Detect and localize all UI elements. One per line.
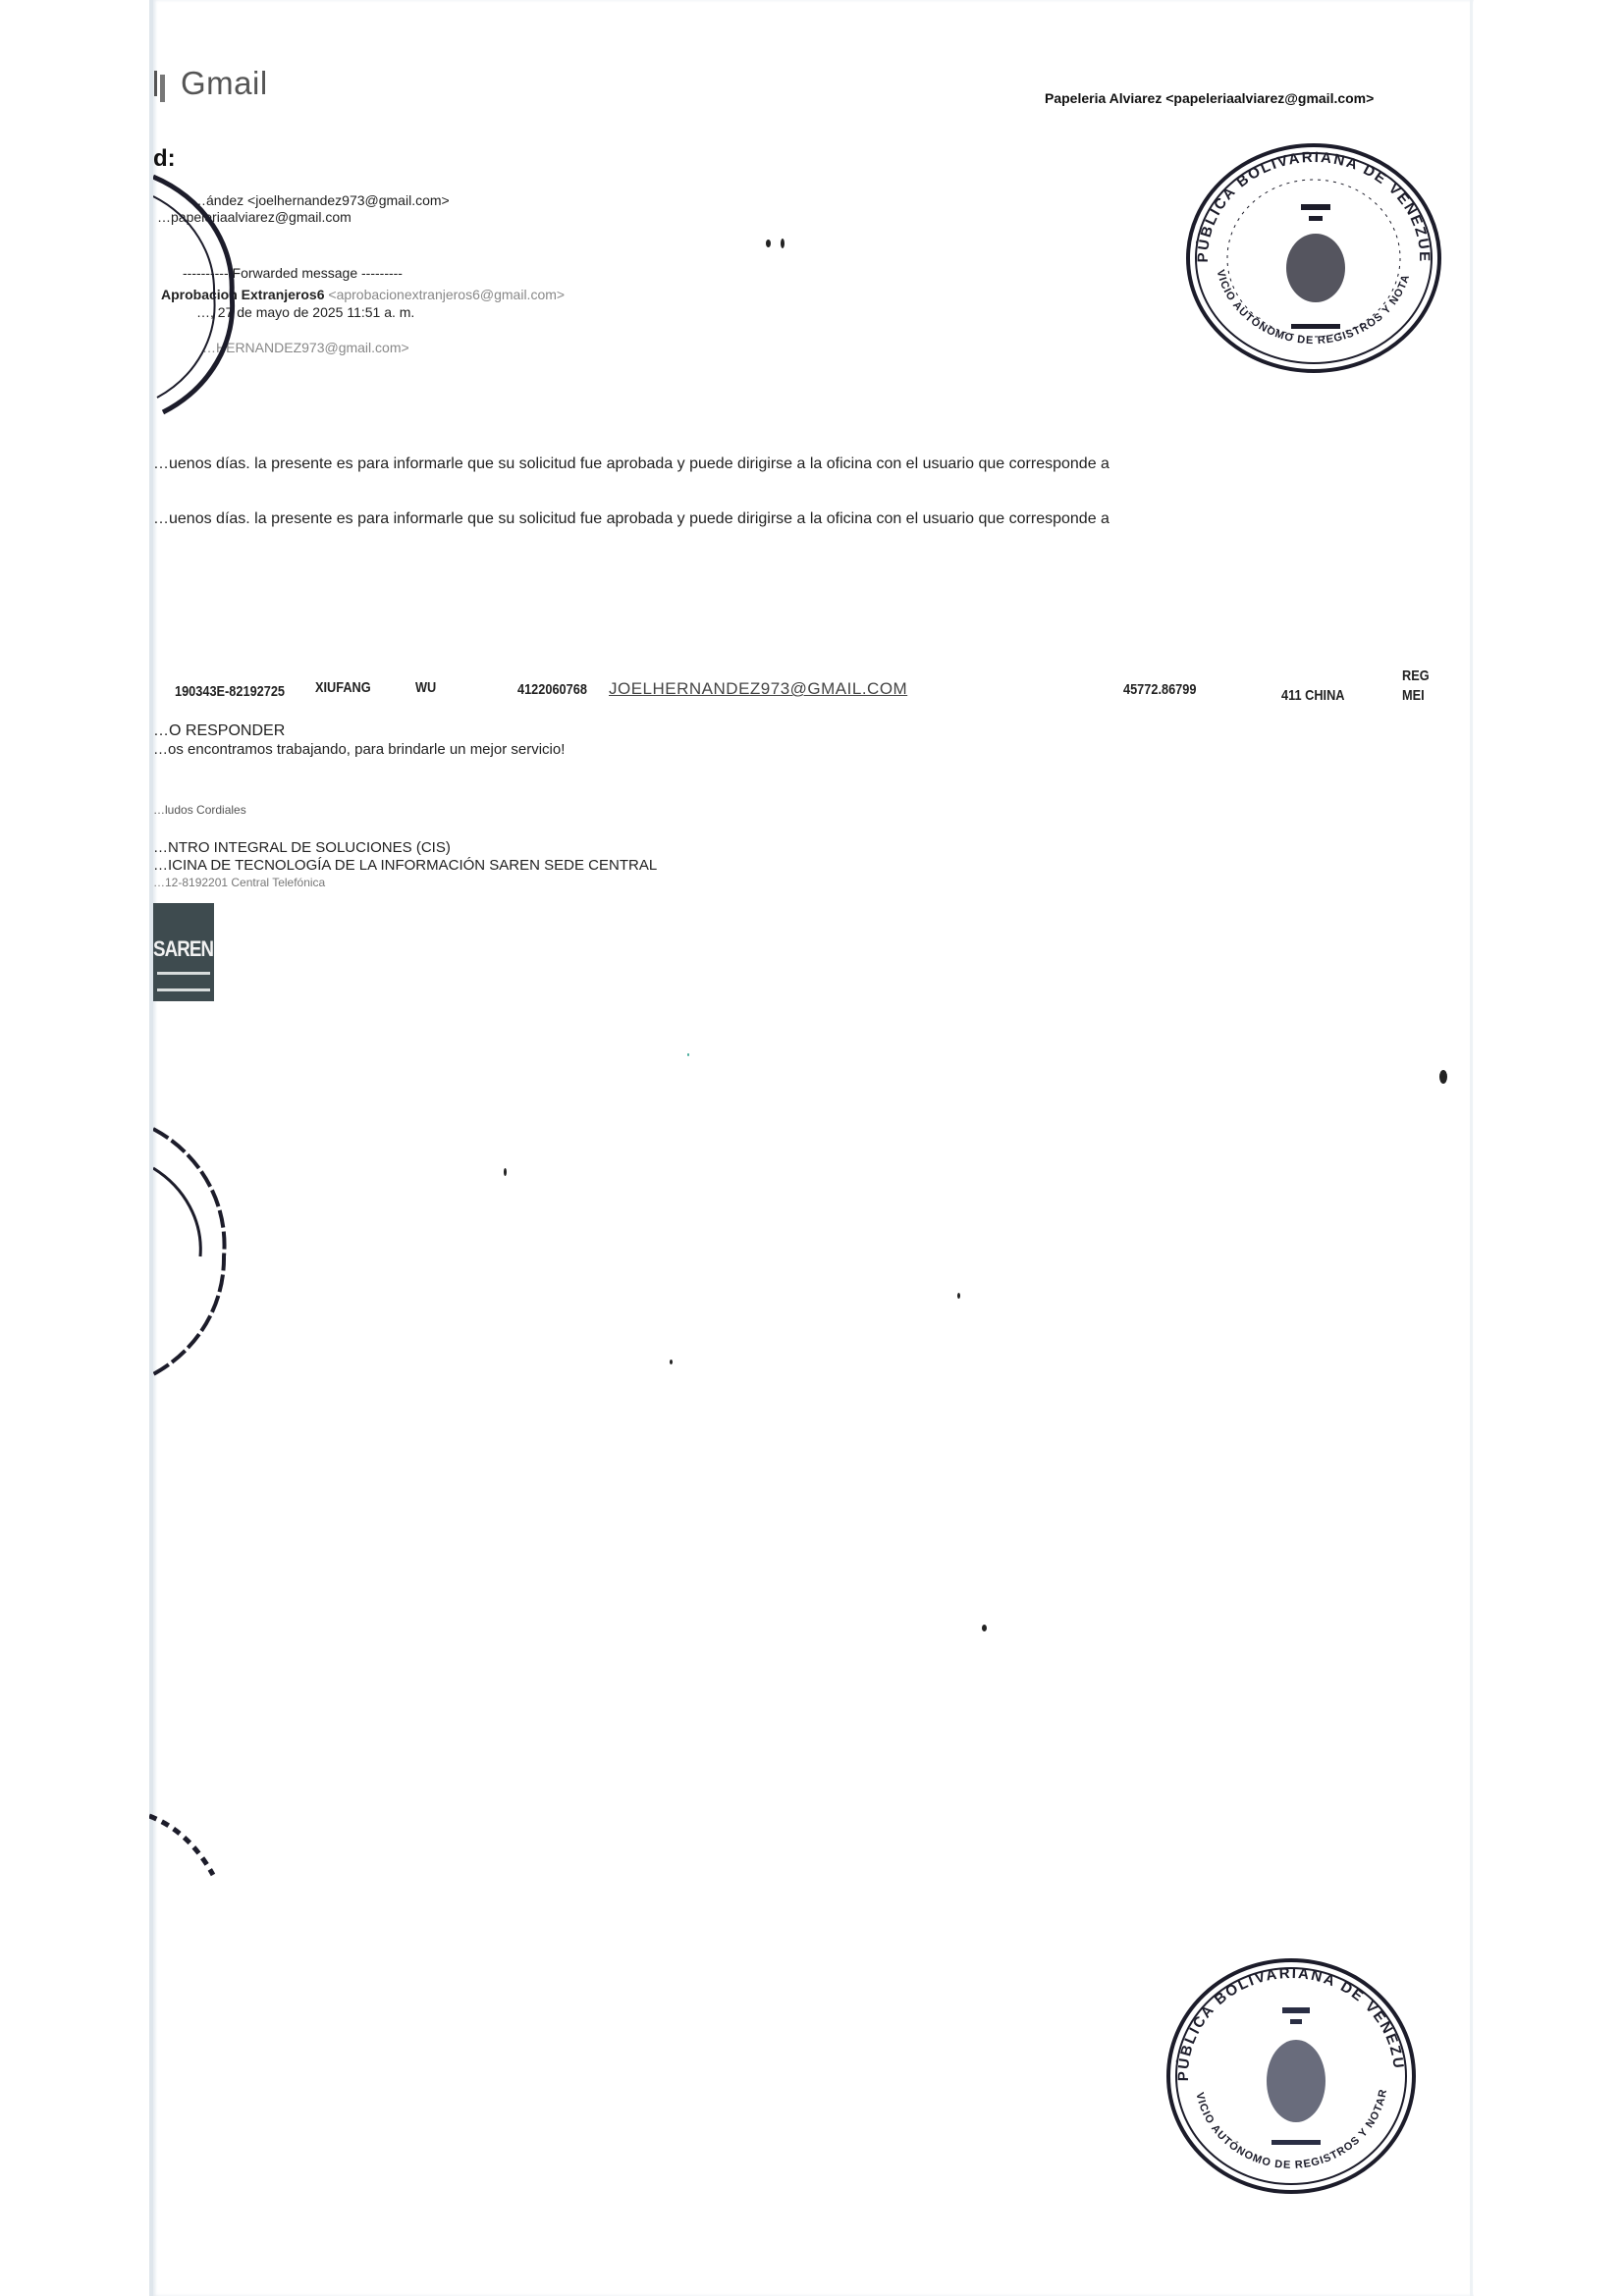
scan-speck (1439, 1070, 1447, 1084)
record-extra-bottom: MEI (1402, 687, 1425, 704)
record-email-link[interactable]: JOELHERNANDEZ973@GMAIL.COM (609, 679, 907, 699)
signature-org-line2: …ICINA DE TECNOLOGÍA DE LA INFORMACIÓN S… (153, 857, 657, 874)
scan-speck (504, 1168, 507, 1176)
forwarded-from-email: <aprobacionextranjeros6@gmail.com> (328, 287, 565, 302)
partial-stamp-left-bottom (149, 1811, 228, 1899)
app-name: Gmail (181, 65, 268, 102)
record-id: 190343E-82192725 (175, 683, 285, 700)
page-edge (1470, 0, 1473, 2296)
signature-phone: …12-8192201 Central Telefónica (153, 876, 325, 889)
body-line-1: …uenos días. la presente es para informa… (153, 455, 1109, 473)
saren-logo: SAREN (153, 903, 214, 1001)
partial-stamp-left-top (153, 167, 242, 422)
account-email: Papeleria Alviarez <papeleriaalviarez@gm… (1045, 90, 1374, 106)
notice-text: …os encontramos trabajando, para brindar… (153, 741, 565, 758)
record-country: 411 CHINA (1281, 687, 1344, 704)
scan-speck (982, 1625, 987, 1631)
record-phone: 4122060768 (517, 681, 587, 698)
notice-title: …O RESPONDER (153, 722, 285, 740)
body-line-2: …uenos días. la presente es para informa… (153, 510, 1109, 528)
signature-org-line1: …NTRO INTEGRAL DE SOLUCIONES (CIS) (153, 839, 451, 856)
partial-stamp-left-middle (153, 1119, 242, 1384)
record-number: 45772.86799 (1123, 681, 1196, 698)
scan-speck (766, 240, 771, 247)
record-first-name: XIUFANG (315, 679, 371, 696)
scan-speck (670, 1360, 673, 1364)
scan-speck (957, 1293, 960, 1299)
saren-logo-base (157, 972, 210, 991)
scan-speck (781, 239, 784, 248)
signature-greeting: …ludos Cordiales (153, 803, 246, 817)
scan-speck (687, 1053, 689, 1056)
official-stamp-bottom: REPÚBLICA BOLIVARIANA DE VENEZUELA SERVI… (1159, 1949, 1434, 2204)
official-stamp-top: REPÚBLICA BOLIVARIANA DE VENEZUELA SERVI… (1178, 135, 1453, 381)
gmail-logo-icon (153, 67, 167, 102)
record-extra-top: REG (1402, 667, 1430, 684)
saren-logo-text: SAREN (153, 936, 213, 962)
record-last-name: WU (415, 679, 436, 696)
